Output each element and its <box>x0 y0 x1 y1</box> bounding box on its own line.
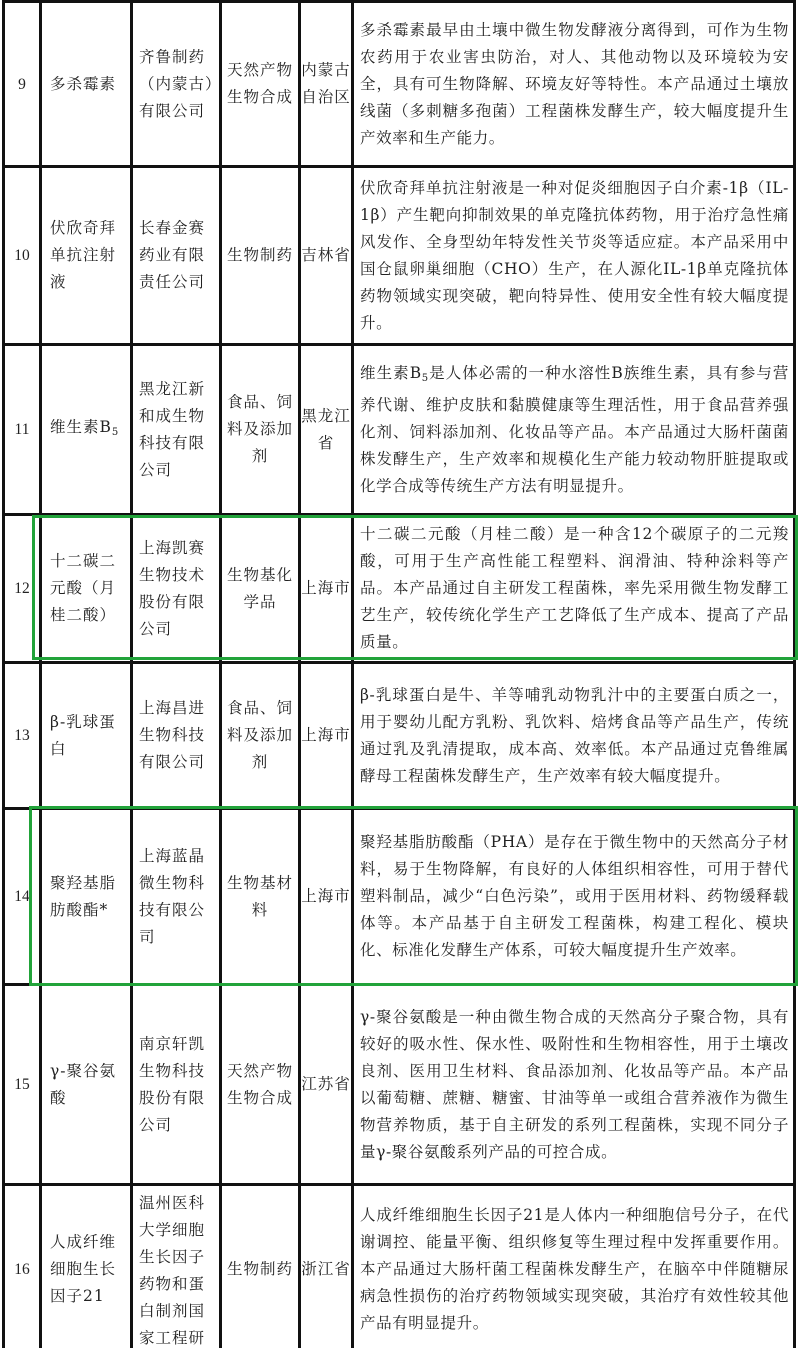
description-prefix: 维生素B <box>360 364 422 382</box>
row-number: 9 <box>4 2 41 167</box>
category: 天然产物生物合成 <box>221 985 300 1185</box>
table-row: 13 β-乳球蛋白 上海昌进生物科技有限公司 食品、饲料及添加剂 上海市 β-乳… <box>4 663 795 809</box>
product-name: 多杀霉素 <box>41 2 132 167</box>
region: 浙江省 <box>300 1185 353 1348</box>
subscript: 5 <box>422 373 429 384</box>
description: 人成纤维细胞生长因子21是人体内一种细胞信号分子，在代谢调控、能量平衡、组织修复… <box>353 1185 795 1348</box>
company-name: 上海凯赛生物技术股份有限公司 <box>132 515 221 663</box>
company-name: 上海蓝晶微生物科技有限公司 <box>132 809 221 985</box>
region: 内蒙古自治区 <box>300 2 353 167</box>
description: β-乳球蛋白是牛、羊等哺乳动物乳汁中的主要蛋白质之一，用于婴幼儿配方乳粉、乳饮料… <box>353 663 795 809</box>
region: 江苏省 <box>300 985 353 1185</box>
product-name: γ-聚谷氨酸 <box>41 985 132 1185</box>
region: 上海市 <box>300 515 353 663</box>
region: 吉林省 <box>300 167 353 345</box>
region: 黑龙江省 <box>300 345 353 515</box>
company-name: 黑龙江新和成生物科技有限公司 <box>132 345 221 515</box>
category: 天然产物生物合成 <box>221 2 300 167</box>
table-row: 16 人成纤维细胞生长因子21 温州医科大学细胞生长因子药物和蛋白制剂国家工程研… <box>4 1185 795 1348</box>
product-name: 十二碳二元酸（月桂二酸） <box>41 515 132 663</box>
row-number: 13 <box>4 663 41 809</box>
description: 多杀霉素最早由土壤中微生物发酵液分离得到，可作为生物农药用于农业害虫防治，对人、… <box>353 2 795 167</box>
category: 生物制药 <box>221 167 300 345</box>
subscript: 5 <box>112 427 119 438</box>
table-row: 14 聚羟基脂肪酸酯* 上海蓝晶微生物科技有限公司 生物基材料 上海市 聚羟基脂… <box>4 809 795 985</box>
description: 十二碳二元酸（月桂二酸）是一种含12个碳原子的二元羧酸，可用于生产高性能工程塑料… <box>353 515 795 663</box>
table-row: 9 多杀霉素 齐鲁制药（内蒙古）有限公司 天然产物生物合成 内蒙古自治区 多杀霉… <box>4 2 795 167</box>
region: 上海市 <box>300 809 353 985</box>
category: 生物制药 <box>221 1185 300 1348</box>
row-number: 11 <box>4 345 41 515</box>
description: γ-聚谷氨酸是一种由微生物合成的天然高分子聚合物，具有较好的吸水性、保水性、吸附… <box>353 985 795 1185</box>
product-name: 人成纤维细胞生长因子21 <box>41 1185 132 1348</box>
company-name: 上海昌进生物科技有限公司 <box>132 663 221 809</box>
company-name: 南京轩凯生物科技股份有限公司 <box>132 985 221 1185</box>
category: 食品、饲料及添加剂 <box>221 345 300 515</box>
product-name: β-乳球蛋白 <box>41 663 132 809</box>
category: 食品、饲料及添加剂 <box>221 663 300 809</box>
company-name: 齐鲁制药（内蒙古）有限公司 <box>132 2 221 167</box>
product-name: 维生素B5 <box>41 345 132 515</box>
category: 生物基材料 <box>221 809 300 985</box>
table-row: 12 十二碳二元酸（月桂二酸） 上海凯赛生物技术股份有限公司 生物基化学品 上海… <box>4 515 795 663</box>
description: 维生素B5是人体必需的一种水溶性B族维生素，具有参与营养代谢、维护皮肤和黏膜健康… <box>353 345 795 515</box>
description: 伏欣奇拜单抗注射液是一种对促炎细胞因子白介素-1β（IL-1β）产生靶向抑制效果… <box>353 167 795 345</box>
product-name: 伏欣奇拜单抗注射液 <box>41 167 132 345</box>
company-name: 长春金赛药业有限责任公司 <box>132 167 221 345</box>
row-number: 16 <box>4 1185 41 1348</box>
row-number: 14 <box>4 809 41 985</box>
product-table: 9 多杀霉素 齐鲁制药（内蒙古）有限公司 天然产物生物合成 内蒙古自治区 多杀霉… <box>2 0 796 1348</box>
description: 聚羟基脂肪酸酯（PHA）是存在于微生物中的天然高分子材料，易于生物降解，有良好的… <box>353 809 795 985</box>
company-name: 温州医科大学细胞生长因子药物和蛋白制剂国家工程研 <box>132 1185 221 1348</box>
row-number: 10 <box>4 167 41 345</box>
row-number: 12 <box>4 515 41 663</box>
category: 生物基化学品 <box>221 515 300 663</box>
row-number: 15 <box>4 985 41 1185</box>
table-row: 10 伏欣奇拜单抗注射液 长春金赛药业有限责任公司 生物制药 吉林省 伏欣奇拜单… <box>4 167 795 345</box>
table-row: 11 维生素B5 黑龙江新和成生物科技有限公司 食品、饲料及添加剂 黑龙江省 维… <box>4 345 795 515</box>
table-row: 15 γ-聚谷氨酸 南京轩凯生物科技股份有限公司 天然产物生物合成 江苏省 γ-… <box>4 985 795 1185</box>
region: 上海市 <box>300 663 353 809</box>
product-name: 聚羟基脂肪酸酯* <box>41 809 132 985</box>
product-name-text: 维生素B <box>50 418 112 436</box>
